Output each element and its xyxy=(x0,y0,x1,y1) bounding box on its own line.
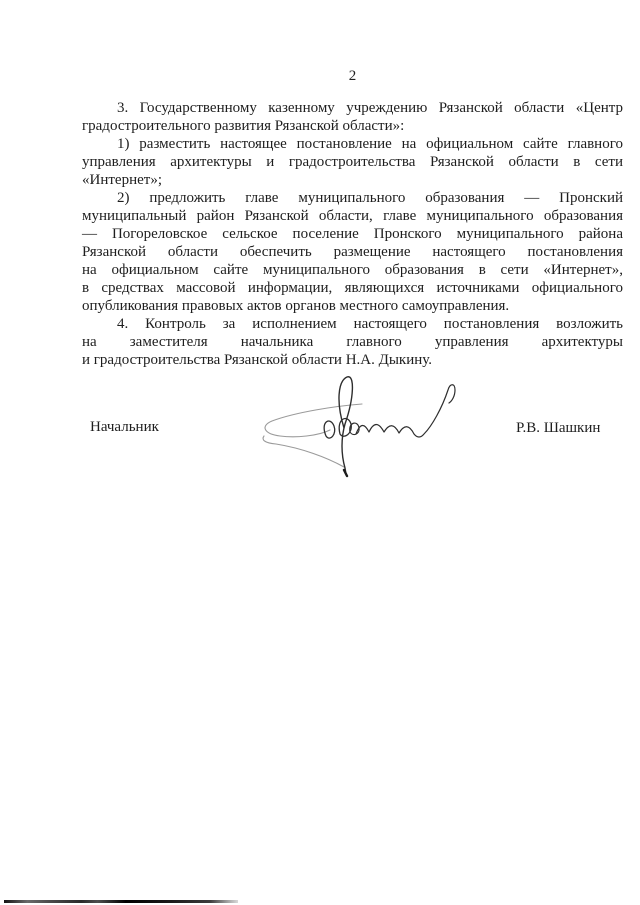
page-number: 2 xyxy=(82,67,623,85)
body-text-line: 3. Государственному казенному учреждению… xyxy=(82,99,623,117)
body-text-line: 4. Контроль за исполнением настоящего по… xyxy=(82,315,623,333)
body-text-line: Рязанской области обеспечить размещение … xyxy=(82,243,623,261)
body-text-line: градостроительного развития Рязанской об… xyxy=(82,117,623,135)
document-page: 2 3. Государственному казенному учрежден… xyxy=(0,0,640,905)
signatory-name: Р.В. Шашкин xyxy=(516,419,600,437)
body-text-line: 1) разместить настоящее постановление на… xyxy=(82,135,623,153)
body-text-line: управления архитектуры и градостроительс… xyxy=(82,153,623,171)
body-text-line: в средствах массовой информации, являющи… xyxy=(82,279,623,297)
body-text-line: и градостроительства Рязанской области Н… xyxy=(82,351,623,369)
scan-artifact-line xyxy=(4,900,238,903)
body-text-line: — Погореловское сельское поселение Пронс… xyxy=(82,225,623,243)
body-text-line: на заместителя начальника главного управ… xyxy=(82,333,623,351)
body-text-line: 2) предложить главе муниципального образ… xyxy=(82,189,623,207)
handwritten-signature-icon xyxy=(256,374,466,480)
body-text-block: 3. Государственному казенному учреждению… xyxy=(82,99,623,369)
body-text-line: «Интернет»; xyxy=(82,171,623,189)
body-text-line: муниципальный район Рязанской области, г… xyxy=(82,207,623,225)
signatory-job-title: Начальник xyxy=(90,418,159,436)
body-text-line: на официальном сайте муниципального обра… xyxy=(82,261,623,279)
body-text-line: опубликования правовых актов органов мес… xyxy=(82,297,623,315)
